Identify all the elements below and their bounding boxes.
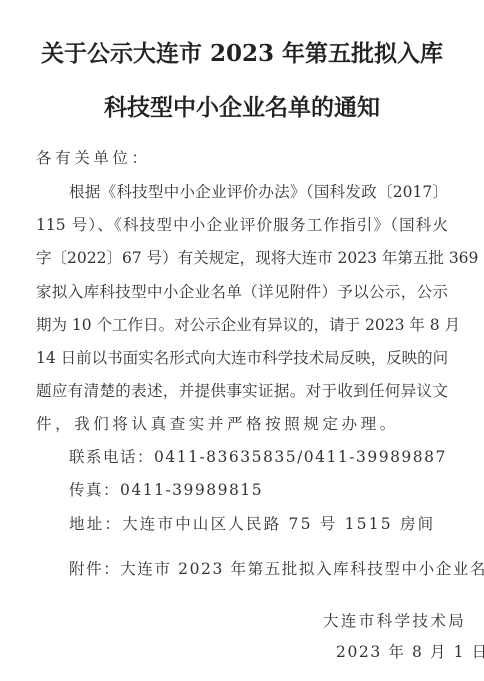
salutation: 各有关单位：	[36, 146, 448, 168]
document-title-line-1: 关于公示大连市 2023 年第五批拟入库	[0, 35, 484, 68]
issuer-signature: 大连市科学技术局	[323, 609, 466, 631]
body-line: 14 日前以书面实名形式向大连市科学技术局反映，反映的问	[36, 346, 448, 368]
contact-phone: 联系电话：0411-83635835/0411-39989887	[69, 445, 448, 467]
attachment-note: 附件：大连市 2023 年第五批拟入库科技型中小企业名单	[69, 557, 448, 579]
body-line: 115 号）、《科技型中小企业评价服务工作指引》（国科火	[36, 213, 448, 235]
issue-date: 2023 年 8 月 1 日	[336, 640, 484, 662]
body-line: 期为 10 个工作日。对公示企业有异议的，请于 2023 年 8 月	[36, 313, 448, 335]
contact-fax: 传真：0411-39989815	[69, 478, 448, 500]
body-line: 字〔2022〕67 号）有关规定，现将大连市 2023 年第五批 369	[36, 246, 448, 268]
document-title-line-2: 科技型中小企业名单的通知	[0, 89, 484, 122]
body-line: 题应有清楚的表述，并提供事实证据。对于收到任何异议文	[36, 379, 448, 401]
body-line: 件，我们将认真查实并严格按照规定办理。	[36, 412, 448, 434]
body-line: 家拟入库科技型中小企业名单（详见附件）予以公示，公示	[36, 280, 448, 302]
contact-address: 地址：大连市中山区人民路 75 号 1515 房间	[69, 512, 448, 534]
body-line: 根据《科技型中小企业评价办法》（国科发政〔2017〕	[69, 180, 448, 202]
